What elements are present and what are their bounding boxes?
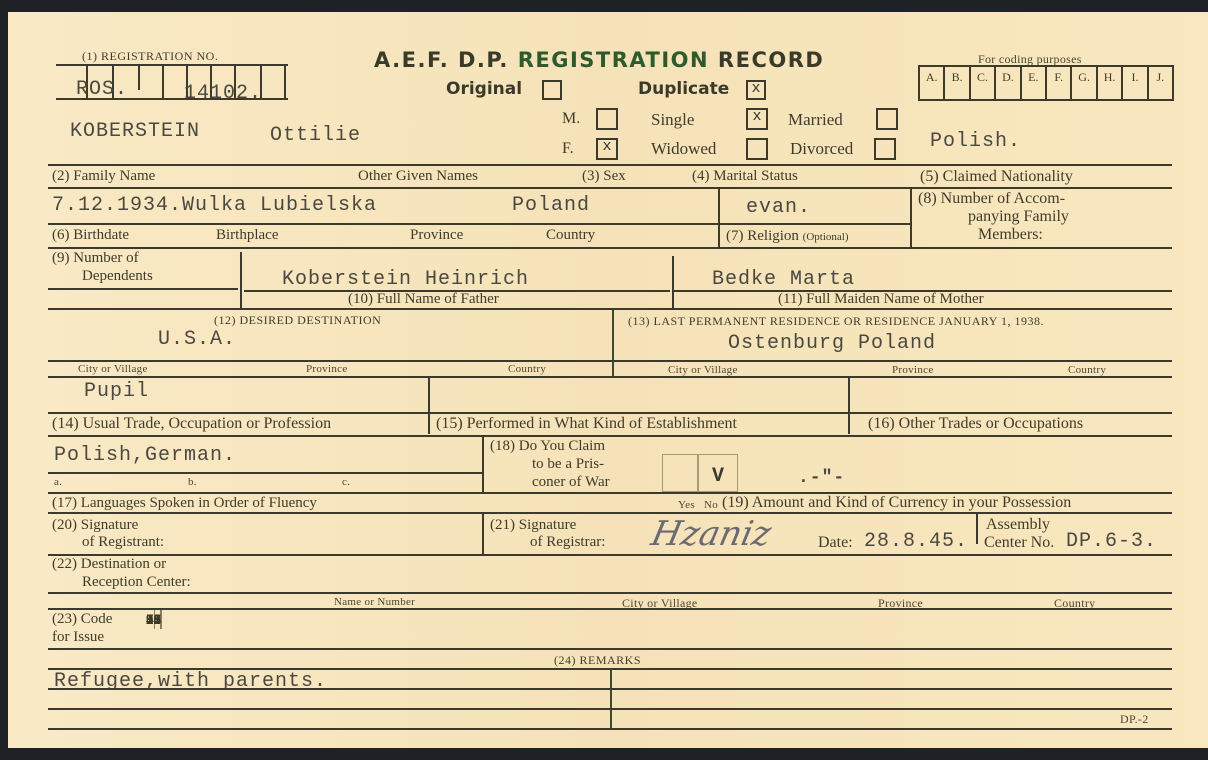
original-checkbox[interactable] — [542, 80, 562, 100]
divider — [48, 512, 1172, 514]
other-trades-label: (16) Other Trades or Occupations — [868, 415, 1083, 433]
destination-label: (12) DESIRED DESTINATION — [214, 313, 381, 328]
birthplace-label: Birthplace — [216, 227, 278, 244]
coding-box-f[interactable]: F. — [1047, 67, 1072, 99]
coding-box-i[interactable]: I. — [1123, 67, 1148, 99]
divider — [482, 514, 484, 554]
reception-label-1: (22) Destination or — [52, 556, 166, 573]
family-name-label: (2) Family Name — [52, 168, 155, 185]
reg-divider — [284, 64, 286, 100]
single-checkbox[interactable]: x — [746, 108, 768, 130]
widowed-checkbox[interactable] — [746, 138, 768, 160]
religion-label-text: (7) Religion — [726, 228, 799, 244]
divorced-label: Divorced — [790, 139, 853, 159]
registrar-signature-label-1: (21) Signature — [490, 517, 576, 534]
code-label-1: (23) Code — [52, 611, 112, 628]
divider — [718, 223, 910, 225]
birth-date-place-value[interactable]: 7.12.1934.Wulka Lubielska — [52, 194, 377, 217]
title-part-1: A.E.F. D.P. — [374, 48, 509, 72]
coding-box-j[interactable]: J. — [1149, 67, 1172, 99]
registration-number-label: (1) REGISTRATION No. — [82, 49, 218, 64]
establishment-label: (15) Performed in What Kind of Establish… — [436, 415, 737, 433]
duplicate-label: Duplicate — [638, 79, 729, 99]
currency-value[interactable]: .-"- — [798, 468, 845, 488]
married-checkbox[interactable] — [876, 108, 898, 130]
divider — [48, 728, 1172, 730]
duplicate-checkbox[interactable]: x — [746, 80, 766, 100]
widowed-label: Widowed — [651, 139, 716, 159]
dest-province-label: Province — [306, 363, 348, 375]
res-country-label: Country — [1068, 364, 1106, 376]
birth-province-label: Province — [410, 227, 463, 244]
date-label: Date: — [818, 534, 853, 552]
religion-optional: (Optional) — [803, 231, 849, 243]
language-c-label: c. — [342, 476, 350, 488]
divider — [48, 308, 1172, 310]
registration-prefix: ROS. — [76, 78, 128, 101]
pow-yes-label: Yes — [678, 499, 695, 511]
given-names-value[interactable]: Ottilie — [270, 124, 361, 147]
coding-box-c[interactable]: C. — [971, 67, 996, 99]
coding-box-g[interactable]: G. — [1072, 67, 1097, 99]
residence-value[interactable]: Ostenburg Poland — [728, 332, 936, 355]
code-label-2: for Issue — [52, 629, 104, 646]
divider — [48, 247, 1172, 249]
occupation-value[interactable]: Pupil — [84, 380, 149, 403]
father-name-label: (10) Full Name of Father — [348, 291, 499, 308]
language-a-label: a. — [54, 476, 62, 488]
coding-box-e[interactable]: E. — [1022, 67, 1047, 99]
reception-center-field[interactable] — [248, 560, 1168, 592]
divider — [48, 376, 1172, 378]
mother-name-label: (11) Full Maiden Name of Mother — [778, 291, 984, 308]
dest-city-label: City or Village — [78, 363, 148, 375]
divider — [48, 360, 1172, 362]
dependents-label-1: (9) Number of — [52, 250, 139, 267]
divider — [718, 188, 720, 248]
code-group-name: Name or Number — [334, 596, 415, 608]
sex-label: (3) Sex — [582, 168, 626, 185]
divider — [610, 669, 612, 729]
sex-f-checkbox[interactable]: x — [596, 138, 618, 160]
divider — [848, 378, 850, 434]
coding-box-h[interactable]: H. — [1098, 67, 1123, 99]
pow-label-2: to be a Pris- — [532, 456, 604, 473]
pow-label-3: coner of War — [532, 474, 610, 491]
nationality-label: (5) Claimed Nationality — [920, 168, 1073, 186]
divider — [48, 592, 1172, 594]
divider — [48, 435, 1172, 437]
reg-divider — [138, 64, 140, 90]
divider — [48, 164, 1172, 166]
destination-value[interactable]: U.S.A. — [158, 328, 236, 351]
divider — [910, 188, 912, 248]
pow-no-box[interactable]: V — [698, 454, 738, 492]
registration-number: 14102. — [184, 82, 262, 105]
divider — [48, 187, 1172, 189]
date-value[interactable]: 28.8.45. — [864, 530, 968, 553]
father-name-value[interactable]: Koberstein Heinrich — [282, 268, 529, 291]
given-names-label: Other Given Names — [358, 168, 478, 185]
sex-m-checkbox[interactable] — [596, 108, 618, 130]
res-province-label: Province — [892, 364, 934, 376]
divider — [48, 223, 718, 225]
married-label: Married — [788, 110, 843, 130]
divider — [48, 412, 1172, 414]
divider — [48, 688, 1172, 690]
coding-boxes: A. B. C. D. E. F. G. H. I. J. — [918, 65, 1174, 101]
divider — [428, 378, 430, 434]
languages-label: (17) Languages Spoken in Order of Fluenc… — [52, 495, 317, 512]
birth-country-label: Country — [546, 227, 595, 244]
accompanying-label-2: panying Family — [968, 208, 1069, 226]
divider — [672, 256, 674, 308]
divider — [482, 436, 484, 492]
reception-label-2: Reception Center: — [82, 574, 191, 591]
residence-label: (13) LAST PERMANENT RESIDENCE OR RESIDEN… — [628, 314, 1044, 329]
registrant-signature-label-2: of Registrant: — [82, 534, 164, 551]
religion-value[interactable]: evan. — [746, 196, 811, 219]
form-title: A.E.F. D.P. REGISTRATION RECORD — [374, 48, 824, 72]
divider — [48, 648, 1172, 650]
assembly-center-value[interactable]: DP.6-3. — [1066, 530, 1157, 553]
accompanying-label-3: Members: — [978, 226, 1043, 244]
sex-m-label: M. — [562, 110, 580, 128]
divider — [48, 472, 482, 474]
coding-box-b[interactable]: B. — [945, 67, 970, 99]
form-number: DP.-2 — [1120, 712, 1149, 727]
sex-f-label: F. — [562, 140, 574, 158]
assembly-label-2: Center No. — [984, 534, 1054, 552]
coding-box-a[interactable]: A. — [920, 67, 945, 99]
currency-label: (19) Amount and Kind of Currency in your… — [722, 494, 1071, 512]
divorced-checkbox[interactable] — [874, 138, 896, 160]
accompanying-label-1: (8) Number of Accom- — [918, 190, 1065, 208]
religion-label: (7) Religion (Optional) — [726, 228, 848, 245]
coding-box-d[interactable]: D. — [996, 67, 1021, 99]
registration-card: (1) REGISTRATION No. ROS. 14102. A.E.F. … — [8, 12, 1208, 748]
title-part-3: RECORD — [718, 48, 824, 72]
code-for-issue-grid: 1 2 3 4 5 6 7 8 9 10 11 12 13 14 15 16 1… — [146, 610, 1172, 648]
reg-divider — [162, 64, 164, 100]
divider — [48, 708, 1172, 710]
dest-country-label: Country — [508, 363, 546, 375]
divider — [976, 514, 978, 544]
divider — [48, 554, 1172, 556]
remarks-label: (24) REMARKS — [554, 653, 641, 668]
title-part-2: REGISTRATION — [518, 48, 709, 72]
mother-name-value[interactable]: Bedke Marta — [712, 268, 855, 291]
assembly-label-1: Assembly — [986, 516, 1050, 534]
original-label: Original — [446, 79, 522, 99]
birthdate-label: (6) Birthdate — [52, 227, 129, 244]
registrant-signature-field[interactable] — [248, 516, 476, 552]
nationality-value[interactable]: Polish. — [930, 130, 1021, 153]
single-label: Single — [651, 110, 694, 130]
registrar-signature-label-2: of Registrar: — [530, 534, 605, 551]
divider — [612, 310, 614, 376]
divider — [240, 252, 242, 308]
birth-country-value[interactable]: Poland — [512, 194, 590, 217]
registrar-signature: Hzaniz — [648, 514, 775, 554]
divider — [48, 288, 238, 290]
pow-yes-box[interactable] — [662, 454, 698, 492]
language-b-label: b. — [188, 476, 197, 488]
dependents-label-2: Dependents — [82, 268, 153, 285]
res-city-label: City or Village — [668, 364, 738, 376]
registrant-signature-label-1: (20) Signature — [52, 517, 138, 534]
pow-label-1: (18) Do You Claim — [490, 438, 605, 455]
pow-no-label: No — [704, 499, 718, 511]
family-name-value[interactable]: KOBERSTEIN — [70, 120, 200, 143]
code-cell[interactable]: 28 — [146, 610, 161, 629]
languages-value[interactable]: Polish,German. — [54, 444, 236, 467]
occupation-label: (14) Usual Trade, Occupation or Professi… — [52, 415, 331, 433]
marital-status-label: (4) Marital Status — [692, 168, 798, 185]
